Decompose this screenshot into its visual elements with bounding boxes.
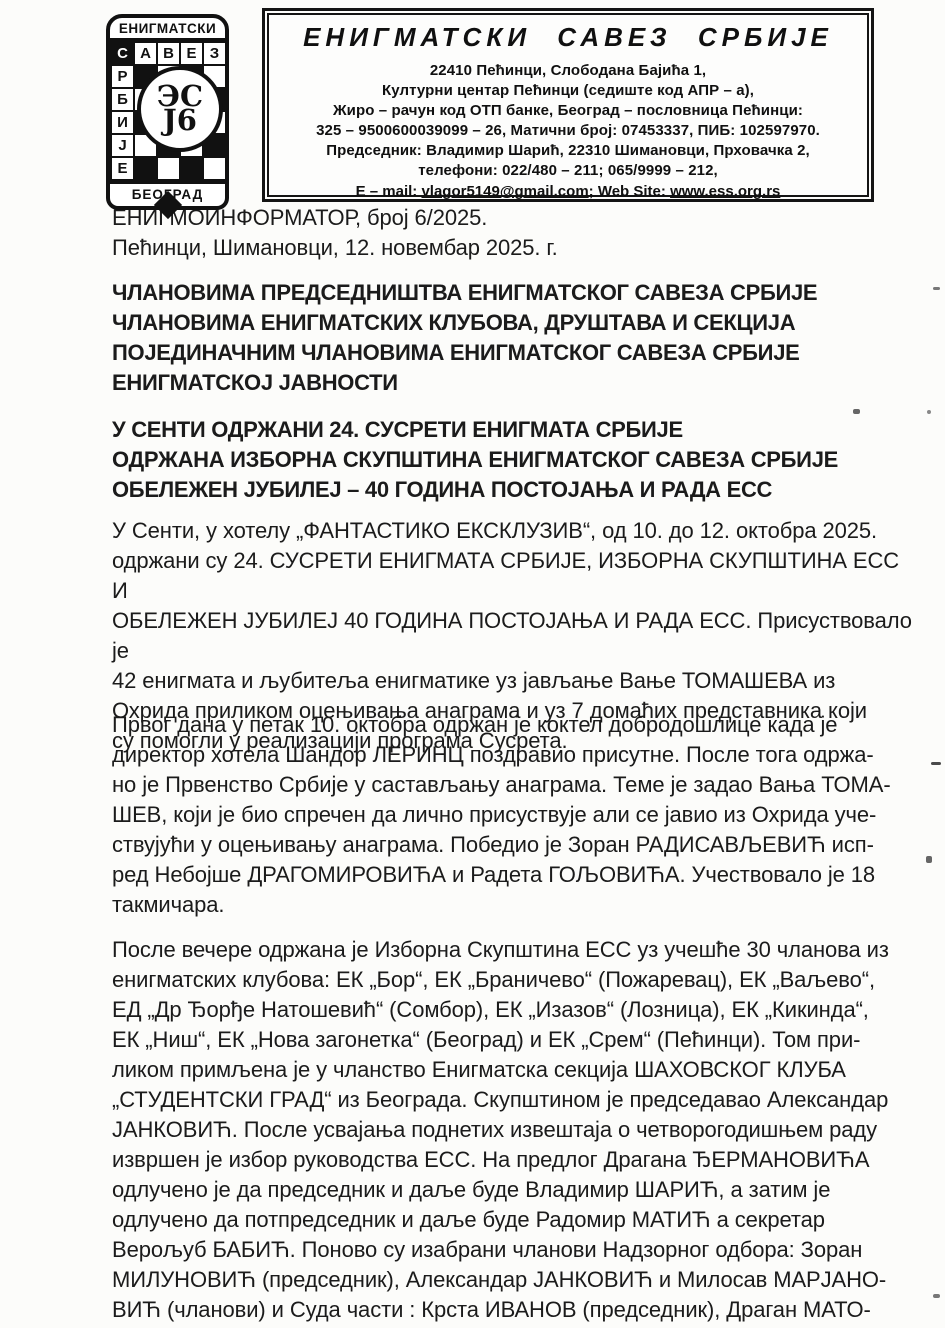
ess-logo: ЕНИГМАТСКИ С А В Е З Р Б xyxy=(106,14,229,210)
organization-details: 22410 Пећинци, Слободана Бајића 1, Култу… xyxy=(269,61,867,181)
crossword-cell: З xyxy=(204,43,225,64)
newsletter-title-and-dateline: ЕНИГМОИНФОРМАТОР, број 6/2025. Пећинци, … xyxy=(112,203,912,263)
crossword-cell: И xyxy=(112,112,133,133)
scan-speck xyxy=(933,287,940,290)
contact-line: E – mail: vlagor5149@gmail.com; Web Site… xyxy=(269,183,867,200)
dateline: Пећинци, Шимановци, 12. новембар 2025. г… xyxy=(112,235,558,260)
crossword-cell: В xyxy=(158,43,179,64)
addressee-block: ЧЛАНОВИМА ПРЕДСЕДНИШТВА ЕНИГМАТСКОГ САВЕ… xyxy=(112,278,912,398)
crossword-cell: Ј xyxy=(112,135,133,156)
email-label: E – mail: xyxy=(356,183,422,200)
crossword-cell: А xyxy=(135,43,156,64)
crossword-cell xyxy=(204,158,225,179)
crossword-cell xyxy=(181,158,202,179)
scan-speck xyxy=(933,1294,940,1298)
website-address: www.ess.org.rs xyxy=(670,183,780,200)
ess-monogram-icon: ЭС Ј6 xyxy=(137,66,223,152)
website-label: Web Site: xyxy=(598,183,670,200)
scanned-letter-page: ЕНИГМАТСКИ С А В Е З Р Б xyxy=(0,0,945,1328)
crossword-cell: Б xyxy=(112,89,133,110)
crossword-cell: С xyxy=(112,43,133,64)
logo-shield: ЕНИГМАТСКИ С А В Е З Р Б xyxy=(106,14,229,210)
monogram-line: Ј6 xyxy=(163,109,197,133)
crossword-cell xyxy=(158,158,179,179)
logo-top-banner: ЕНИГМАТСКИ xyxy=(110,18,225,41)
scan-speck xyxy=(926,856,932,863)
scan-speck xyxy=(927,410,931,414)
contact-separator: ; xyxy=(589,183,598,200)
crossword-cell: Р xyxy=(112,66,133,87)
scan-speck xyxy=(931,762,941,765)
crossword-cell: Е xyxy=(112,158,133,179)
crossword-cell xyxy=(135,158,156,179)
letterhead-inner-frame: ЕНИГМАТСКИ САВЕЗ СРБИЈЕ 22410 Пећинци, С… xyxy=(267,13,869,197)
email-address: vlagor5149@gmail.com xyxy=(421,183,588,200)
paragraph-3: После вечере одржана је Изборна Скупштин… xyxy=(112,935,912,1325)
organization-title: ЕНИГМАТСКИ САВЕЗ СРБИЈЕ xyxy=(269,22,867,53)
scan-speck xyxy=(853,409,860,414)
headline-block: У СЕНТИ ОДРЖАНИ 24. СУСРЕТИ ЕНИГМАТА СРБ… xyxy=(112,415,912,505)
letterhead-box: ЕНИГМАТСКИ САВЕЗ СРБИЈЕ 22410 Пећинци, С… xyxy=(262,8,874,202)
crossword-cell: Е xyxy=(181,43,202,64)
paragraph-2: Првог дана у петак 10. октобра одржан је… xyxy=(112,710,912,920)
